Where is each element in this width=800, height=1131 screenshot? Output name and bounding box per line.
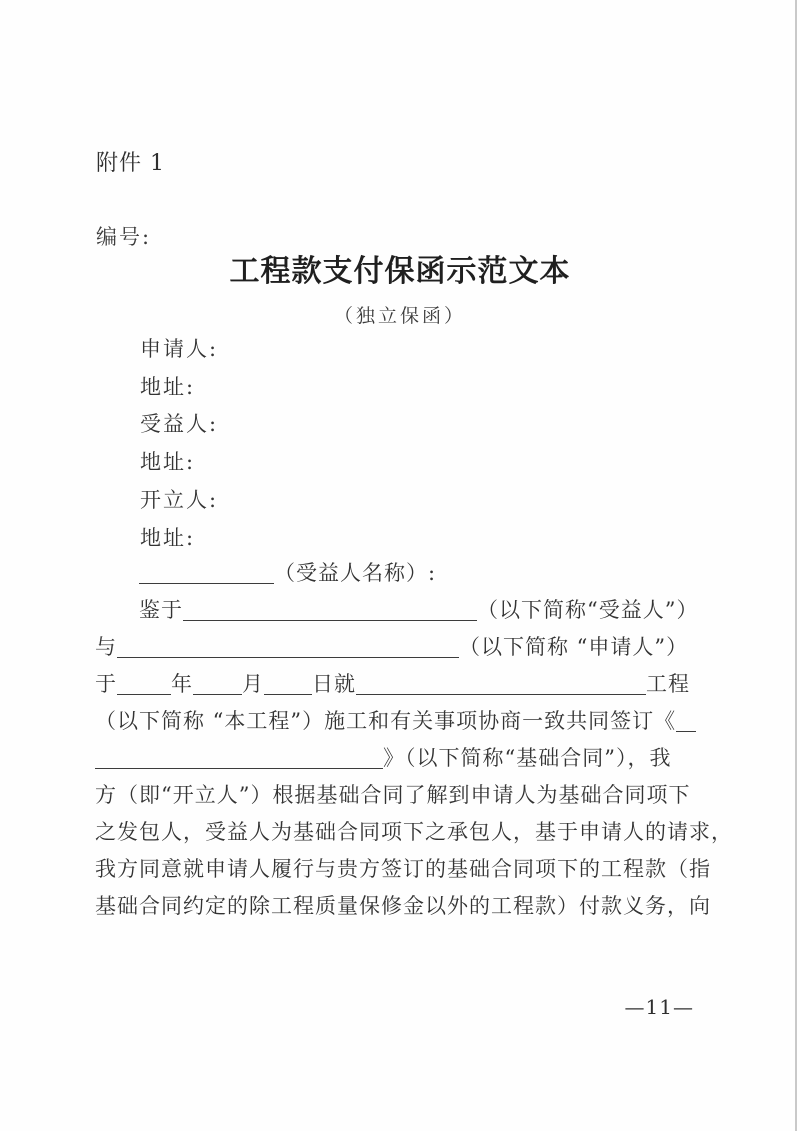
document-subtitle: （独立保函）	[0, 301, 800, 328]
salutation-text: （受益人名称）:	[274, 561, 436, 585]
party-label-issuer-address: 地址:	[140, 520, 218, 558]
project-name-blank	[356, 680, 646, 695]
whereas-prefix-text: 鉴于	[139, 598, 183, 622]
applicant-blank	[117, 643, 459, 658]
document-title: 工程款支付保函示范文本	[0, 246, 800, 290]
month-text: 月	[242, 672, 264, 696]
party-label-beneficiary: 受益人:	[140, 406, 218, 444]
project-line-text: （以下简称 “本工程”）施工和有关事项协商一致共同签订《	[95, 709, 676, 733]
scan-edge-line	[795, 0, 797, 1131]
document-page: 附件 1 编号: 工程款支付保函示范文本 （独立保函） 申请人: 地址: 受益人…	[0, 0, 800, 1131]
with-line: 与（以下简称 “申请人”）	[95, 629, 735, 666]
guarantee-body: （受益人名称）: 鉴于（以下简称“受益人”） 与（以下简称 “申请人”） 于年月…	[95, 555, 735, 925]
party-label-applicant: 申请人:	[140, 331, 218, 369]
day-blank	[264, 680, 312, 695]
contract-name-blank-start	[676, 717, 696, 732]
page-number: —11—	[625, 995, 694, 1019]
party-label-issuer: 开立人:	[140, 482, 218, 520]
paragraph-line-3: 我方同意就申请人履行与贵方签订的基础合同项下的工程款（指	[95, 851, 735, 888]
party-label-applicant-address: 地址:	[140, 369, 218, 407]
day-text: 日就	[312, 672, 356, 696]
year-text: 年	[171, 672, 193, 696]
beneficiary-name-blank	[139, 569, 274, 584]
whereas-line: 鉴于（以下简称“受益人”）	[95, 592, 735, 629]
contract-suffix-text: 》（以下简称“基础合同”），我	[383, 746, 671, 770]
party-list: 申请人: 地址: 受益人: 地址: 开立人: 地址:	[140, 331, 218, 557]
beneficiary-blank	[183, 606, 477, 621]
date-line: 于年月日就工程	[95, 666, 735, 703]
year-blank	[117, 680, 171, 695]
salutation-line: （受益人名称）:	[95, 555, 735, 592]
party-label-beneficiary-address: 地址:	[140, 444, 218, 482]
project-suffix-text: 工程	[646, 672, 690, 696]
with-prefix-text: 与	[95, 635, 117, 659]
attachment-label: 附件 1	[96, 146, 165, 177]
date-prefix-text: 于	[95, 672, 117, 696]
paragraph-line-1: 方（即“开立人”）根据基础合同了解到申请人为基础合同项下	[95, 777, 735, 814]
paragraph-line-4: 基础合同约定的除工程质量保修金以外的工程款）付款义务，向	[95, 888, 735, 925]
paragraph-line-2: 之发包人，受益人为基础合同项下之承包人，基于申请人的请求，	[95, 814, 735, 851]
with-suffix-text: （以下简称 “申请人”）	[459, 635, 688, 659]
month-blank	[193, 680, 242, 695]
contract-line: 》（以下简称“基础合同”），我	[95, 740, 735, 777]
whereas-suffix-text: （以下简称“受益人”）	[477, 598, 698, 622]
project-line: （以下简称 “本工程”）施工和有关事项协商一致共同签订《	[95, 703, 735, 740]
contract-name-blank-end	[95, 754, 383, 769]
